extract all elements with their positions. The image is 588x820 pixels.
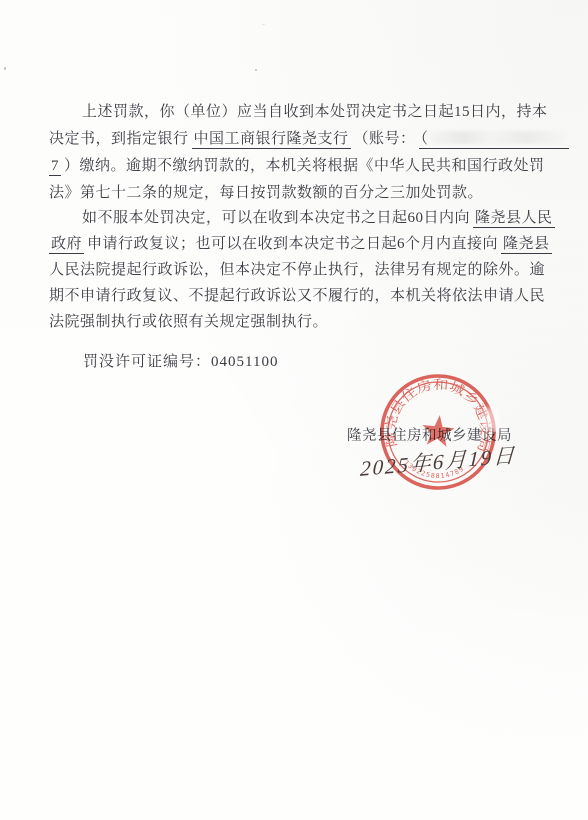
line-text: ）缴纳。逾期不缴纳罚款的，本机关将根据《中华人民共和国行政处罚 — [64, 158, 545, 174]
seal-ink-void — [483, 408, 499, 432]
account-open-paren: （ — [421, 131, 429, 147]
body-line: 法院强制执行或依照有关规定强制执行。 — [49, 311, 328, 333]
account-number-tail: 7 — [49, 158, 61, 176]
body-line: 人民法院提起行政诉讼，但本决定不停止执行，法律另有规定的除外。逾 — [49, 259, 545, 281]
body-line: 如不服本处罚决定，可以在收到本决定书之日起60日内向隆尧县人民 — [82, 207, 558, 229]
body-line: 期不申请行政复议、不提起行政诉讼又不履行的，本机关将依法申请人民 — [49, 285, 545, 307]
review-authority-field-cont: 政府 — [49, 236, 84, 254]
line-text: 申请行政复议；也可以在收到本决定书之日起6个月内直接向 — [87, 236, 498, 252]
account-number-redaction — [429, 131, 567, 144]
body-line: 法》第七十二条的规定，每日按罚款数额的百分之三加处罚款。 — [49, 182, 483, 204]
bank-name-field: 中国工商银行隆尧支行 — [192, 131, 351, 149]
seal-star-icon — [420, 413, 455, 447]
scan-speck — [4, 67, 6, 70]
court-county-field: 隆尧县 — [501, 236, 552, 254]
scan-speck — [262, 24, 265, 25]
scan-speck — [255, 69, 257, 71]
line-text: 决定书，到指定银行 — [49, 131, 189, 147]
review-authority-field: 隆尧县人民 — [473, 210, 555, 228]
body-line: 决定书，到指定银行中国工商银行隆尧支行（账号：（ — [49, 128, 572, 150]
penalty-license-number: 罚没许可证编号：04051100 — [83, 350, 278, 371]
body-line: 政府申请行政复议；也可以在收到本决定书之日起6个月内直接向隆尧县 — [49, 233, 555, 255]
account-number-field: （ — [419, 131, 569, 149]
line-text: 如不服本处罚决定，可以在收到本决定书之日起60日内向 — [82, 210, 470, 226]
body-line: 上述罚款，你（单位）应当自收到本处罚决定书之日起15日内，持本 — [82, 101, 548, 123]
scanned-document-page: 上述罚款，你（单位）应当自收到本处罚决定书之日起15日内，持本 决定书，到指定银… — [0, 0, 588, 820]
line-text: （账号： — [354, 131, 416, 147]
body-line: 7）缴纳。逾期不缴纳罚款的，本机关将根据《中华人民共和国行政处罚 — [49, 155, 545, 177]
